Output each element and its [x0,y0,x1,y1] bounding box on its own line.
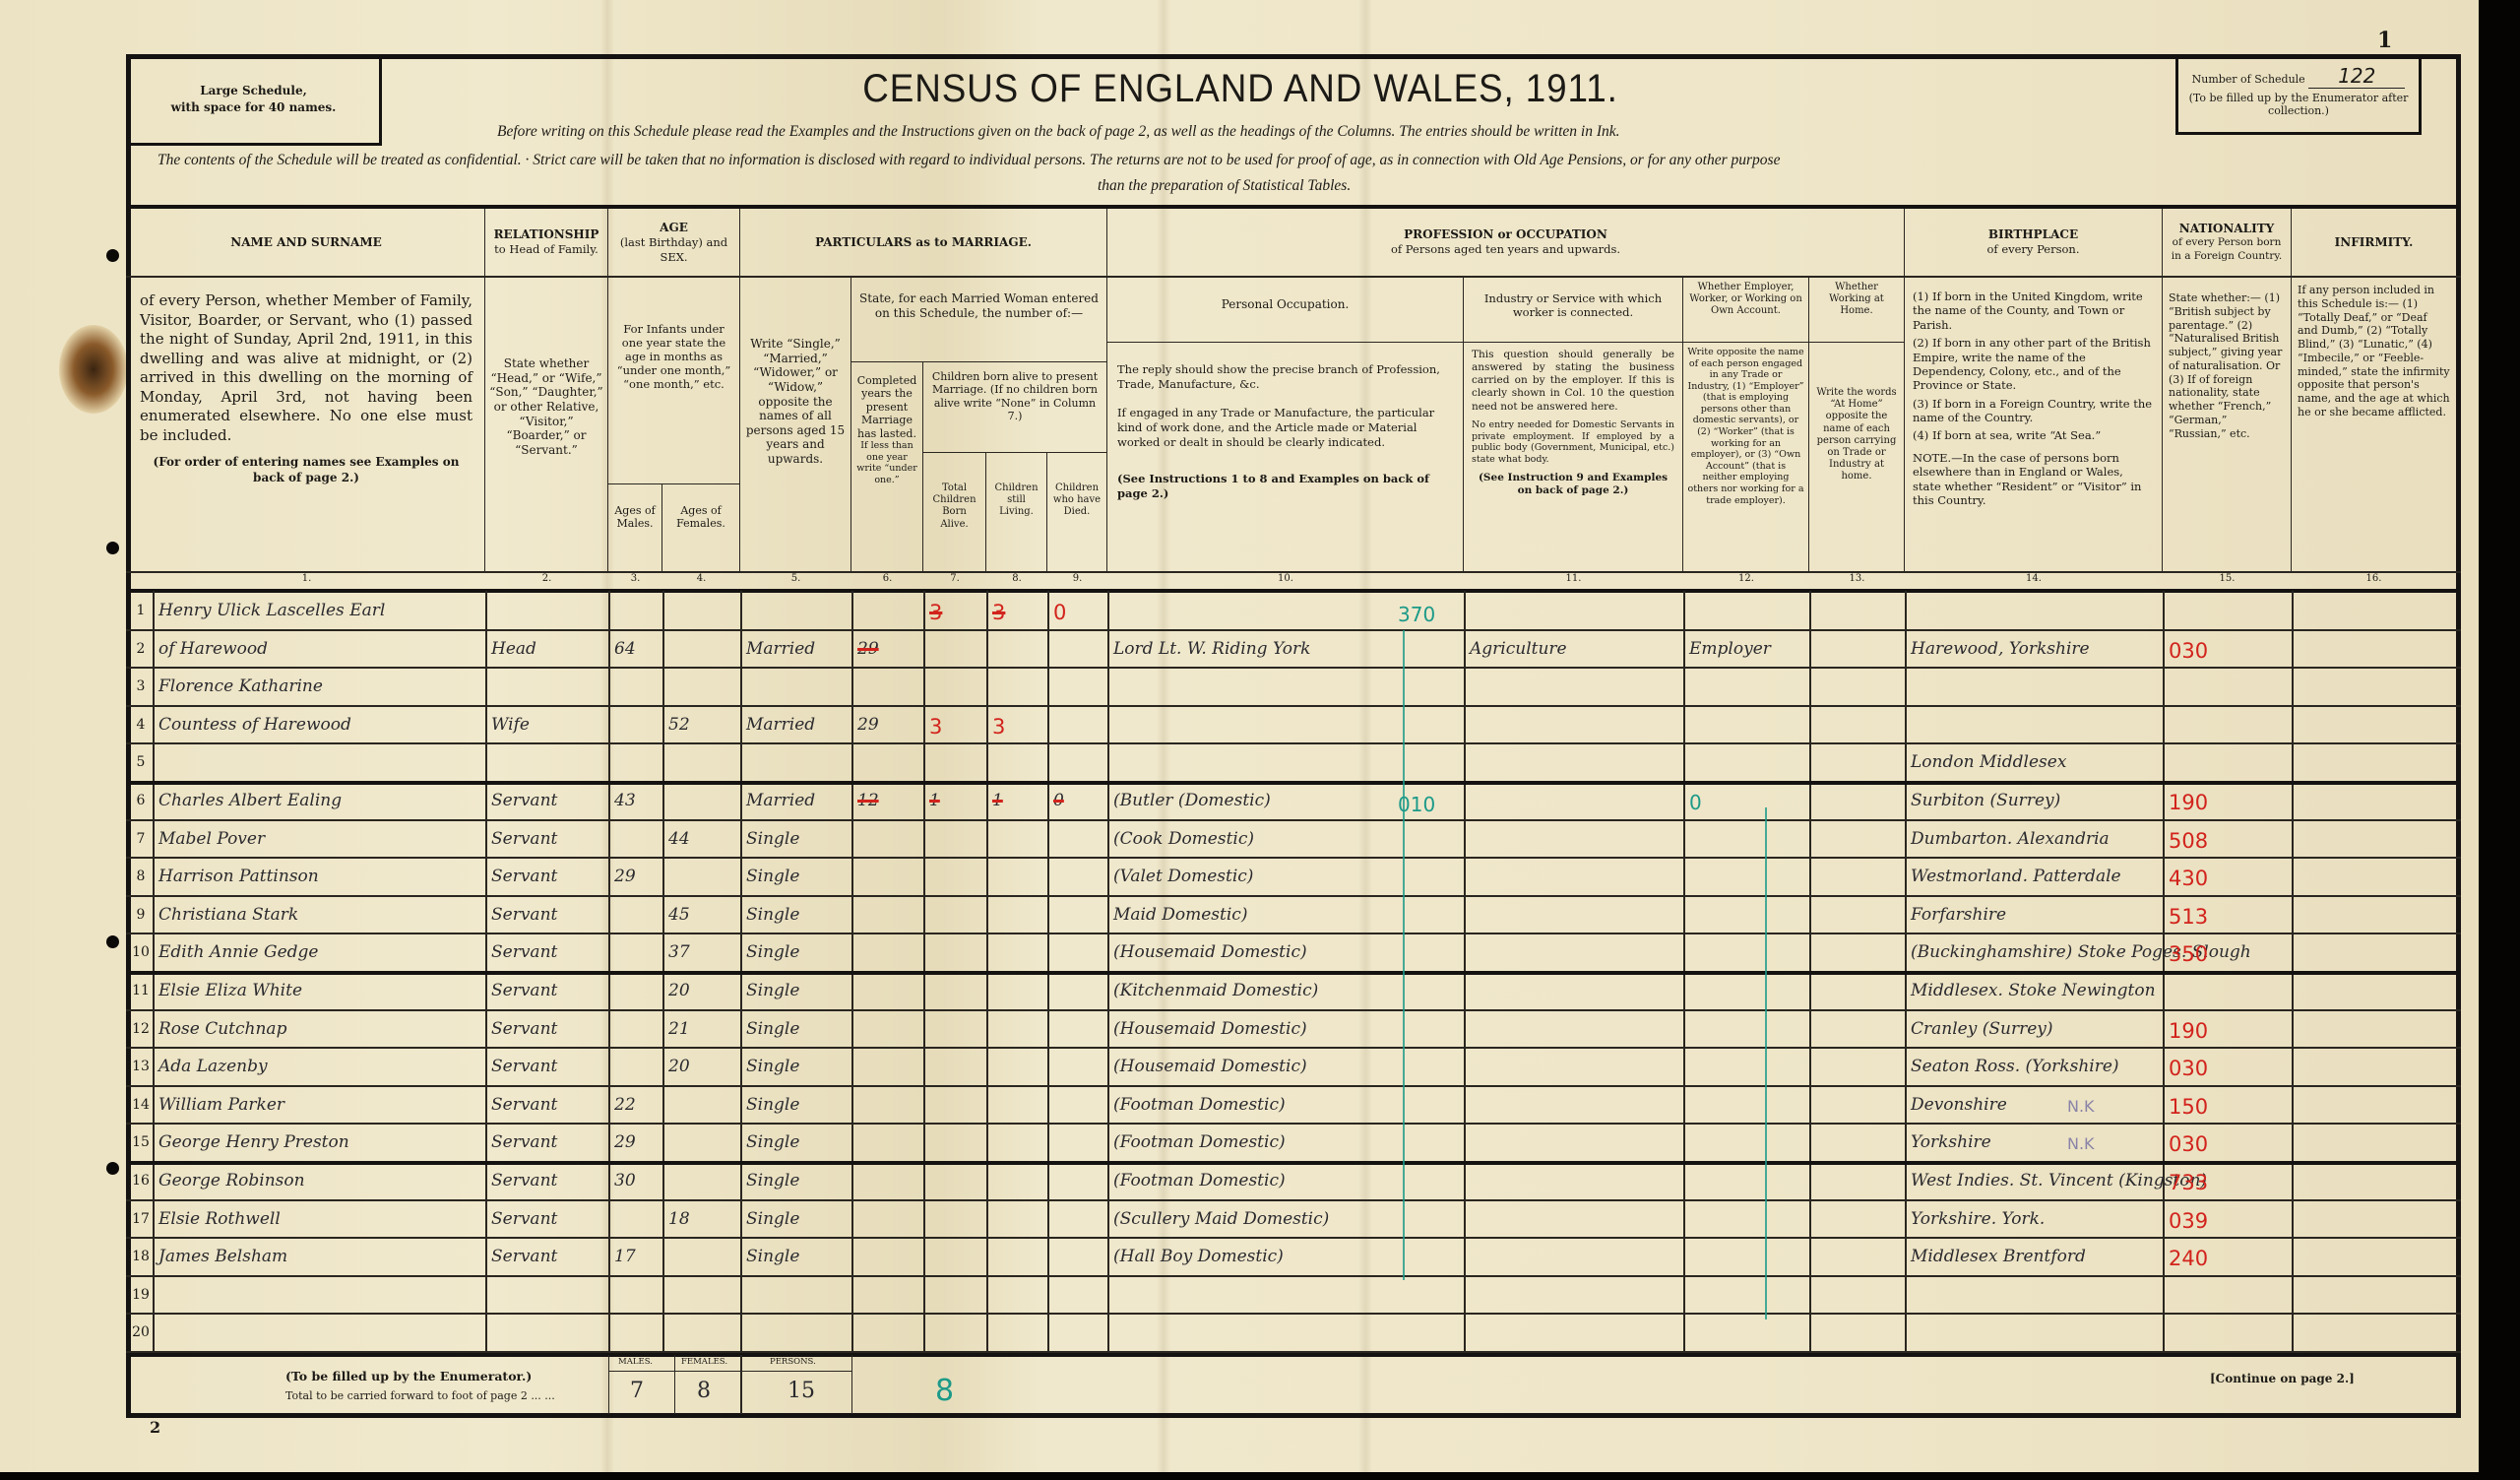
cell-birth: Devonshire [1911,1095,2007,1115]
schedule-number-label: Number of Schedule [2192,73,2305,86]
row-number: 6 [130,793,152,808]
header-marriage-title: PARTICULARS as to MARRIAGE. [815,235,1032,250]
industry-body-2: No entry needed for Domestic Servants in… [1472,419,1674,467]
row-number: 4 [130,717,152,733]
scan-edge [0,1472,2520,1480]
header-age-females: Ages of Females. [662,484,740,571]
header-personal-occupation-body: The reply should show the precise branch… [1107,343,1464,571]
header-name-body: of every Person, whether Member of Famil… [128,278,485,571]
cell-birth: Forfarshire [1911,905,2006,925]
header-birthplace-title: BIRTHPLACE [1988,227,2078,242]
schedule-number-value: 122 [2308,64,2405,89]
cell-yrs: 29 [857,715,879,735]
cell-mar: Single [746,1095,799,1115]
cell-birth: Seaton Ross. (Yorkshire) [1911,1057,2119,1076]
schedule-number-note: (To be filled up by the Enumerator after… [2178,92,2419,117]
cell-name: Countess of Harewood [158,715,351,735]
rule [740,1355,742,1414]
header-occupation: PROFESSION or OCCUPATIONof Persons aged … [1107,209,1905,276]
large-schedule-box: Large Schedule, with space for 40 names. [128,56,382,146]
cell-bcode: 039 [2169,1209,2208,1233]
row-number: 18 [130,1249,152,1264]
row-rule [126,1123,2461,1125]
header-relationship-body: State whether “Head,” or “Wife,” “Son,” … [485,278,608,571]
column-number: 4. [662,571,740,587]
cell-mar: Single [746,1057,799,1076]
cell-m: 17 [614,1247,636,1266]
header-age-sub: (last Birthday) and SEX. [611,235,736,264]
row-number: 2 [130,641,152,657]
header-industry-body: This question should generally be answer… [1464,343,1683,571]
birthplace-note: NOTE.—In the case of persons born elsewh… [1913,451,2154,508]
rule [674,1355,675,1414]
row-number: 1 [130,603,152,618]
cell-occ: (Scullery Maid Domestic) [1113,1209,1329,1229]
rule [126,589,2461,593]
row-rule [126,933,2461,934]
header-age-males: Ages of Males. [608,484,662,571]
census-page: 1 2 Large Schedule, with space for 40 na… [0,0,2479,1480]
cell-occ: (Valet Domestic) [1113,867,1253,886]
rule [126,1353,2461,1357]
cell-bcode: 733 [2169,1171,2208,1194]
females-label: FEMALES. [681,1357,727,1367]
cell-mar: Married [746,791,815,810]
header-employer: Whether Employer, Worker, or Working on … [1683,278,1809,343]
cell-occ: (Footman Domestic) [1113,1095,1286,1115]
cell-occ: Maid Domestic) [1113,905,1247,925]
column-number: 14. [1905,571,2163,587]
cell-m: 29 [614,1132,636,1152]
cell-name: Edith Annie Gedge [158,942,318,962]
column-number: 8. [986,571,1047,587]
cell-bcode: 350 [2169,942,2208,966]
row-rule [126,629,2461,631]
cell-occ: (Housemaid Domestic) [1113,942,1307,962]
cell-occ: (Hall Boy Domestic) [1113,1247,1284,1266]
cell-bcode: 030 [2169,1132,2208,1156]
cell-birth: London Middlesex [1911,752,2066,772]
birthplace-rule-2: (2) If born in any other part of the Bri… [1913,336,2154,393]
header-children-living: Children still Living. [986,453,1047,571]
header-personal-occupation: Personal Occupation. [1107,278,1464,343]
cell-name: Ada Lazenby [158,1057,268,1076]
cell-rel: Wife [491,715,530,735]
occupation-code: 370 [1398,603,1435,626]
header-birthplace-body: (1) If born in the United Kingdom, write… [1905,278,2163,571]
cell-rel: Servant [491,1019,557,1039]
cell-rel: Servant [491,867,557,886]
column-number: 1. [128,571,485,587]
header-relationship-sub: to Head of Family. [494,242,598,256]
column-number: 7. [923,571,986,587]
cell-birth: Westmorland. Patterdale [1911,867,2121,886]
cell-bcode: 430 [2169,867,2208,890]
cell-m: 29 [614,867,636,886]
cell-bcode: 030 [2169,639,2208,663]
cell-birth: Middlesex Brentford [1911,1247,2086,1266]
column-number: 6. [851,571,923,587]
rule [608,1371,851,1372]
punch-hole [106,249,119,262]
cell-mar: Single [746,1247,799,1266]
column-number: 16. [2292,571,2456,587]
schedule-box-line2: with space for 40 names. [128,99,379,116]
header-home: Whether Working at Home. [1809,278,1905,343]
birthplace-note-mark: N.K [2067,1097,2095,1116]
header-name-note: (For order of entering names see Example… [140,455,472,485]
row-number: 8 [130,869,152,884]
rule [608,1355,609,1414]
cell-rel: Servant [491,1209,557,1229]
cell-bcode: 150 [2169,1095,2208,1119]
cell-yrs: 29 [857,639,879,659]
cell-c9: 0 [1053,791,1064,810]
header-occupation-sub: of Persons aged ten years and upwards. [1391,242,1620,256]
cell-occ: Lord Lt. W. Riding York [1113,639,1310,659]
cell-name: Henry Ulick Lascelles Earl [158,601,385,620]
cell-birth: Harewood, Yorkshire [1911,639,2090,659]
header-marriage: PARTICULARS as to MARRIAGE. [740,209,1107,276]
scan-edge [2479,0,2520,1480]
cell-birth: Surbiton (Surrey) [1911,791,2060,810]
cell-occ: (Footman Domestic) [1113,1171,1286,1190]
row-number: 16 [130,1173,152,1189]
column-number: 11. [1464,571,1683,587]
header-occupation-title: PROFESSION or OCCUPATION [1404,227,1607,242]
cell-name: Mabel Pover [158,829,265,849]
row-rule [126,1237,2461,1239]
cell-name: Florence Katharine [158,676,323,696]
header-name: NAME AND SURNAME [128,209,485,276]
cell-mar: Single [746,1209,799,1229]
header-nationality: NATIONALITYof every Person born in a For… [2163,209,2292,276]
header-marriage-completed: Completed years the present Marriage has… [851,362,923,571]
carry-forward-label: Total to be carried forward to foot of p… [285,1389,555,1402]
header-employer-body: Write opposite the name of each person e… [1683,343,1809,571]
row-rule [126,1161,2461,1165]
row-rule [126,1313,2461,1315]
row-rule [126,895,2461,897]
cell-emp: 0 [1689,791,1702,814]
row-rule [126,1275,2461,1277]
row-rule [126,971,2461,975]
cell-bcode: 240 [2169,1247,2208,1270]
cell-c7: 3 [929,601,942,624]
header-children-died: Children who have Died. [1047,453,1107,571]
header-infirmity-title: INFIRMITY. [2335,235,2414,250]
header-marriage-state: State, for each Married Woman entered on… [851,278,1107,362]
cell-f: 37 [668,942,690,962]
row-rule [126,819,2461,821]
cell-birth: (Buckinghamshire) Stoke Poges. Slough [1911,942,2161,962]
row-rule [126,742,2461,744]
cell-c7: 3 [929,715,942,739]
row-number: 19 [130,1287,152,1303]
cell-rel: Servant [491,942,557,962]
teal-check-line [1765,807,1767,1319]
cell-ind: Agriculture [1470,639,1567,659]
column-number: 15. [2163,571,2292,587]
header-home-body: Write the words “At Home” opposite the n… [1809,343,1905,571]
header-age-title: AGE [660,221,688,235]
row-number: 11 [130,983,152,998]
personal-body-2: If engaged in any Trade or Manufacture, … [1117,406,1453,450]
cell-mar: Single [746,1019,799,1039]
header-relationship-title: RELATIONSHIP [494,227,599,242]
header-infirmity-body: If any person included in this Schedule … [2292,278,2456,571]
header-name-title: NAME AND SURNAME [230,235,382,250]
males-total: 7 [630,1379,644,1403]
enumerator-label: (To be filled up by the Enumerator.) [285,1369,532,1383]
cell-m: 30 [614,1171,636,1190]
cell-mar: Single [746,867,799,886]
cell-name: George Robinson [158,1171,305,1190]
cell-f: 20 [668,1057,690,1076]
cell-name: James Belsham [158,1247,287,1266]
header-age-body: For Infants under one year state the age… [608,278,740,484]
header-birthplace-sub: of every Person. [1986,242,2079,256]
birthplace-rule-1: (1) If born in the United Kingdom, write… [1913,290,2154,332]
cell-mar: Single [746,981,799,1000]
cell-occ: (Cook Domestic) [1113,829,1254,849]
column-number: 5. [740,571,851,587]
row-number: 13 [130,1059,152,1074]
column-number: 2. [485,571,608,587]
row-number: 3 [130,678,152,694]
cell-birth: Yorkshire [1911,1132,1991,1152]
row-rule [126,1009,2461,1011]
cell-rel: Servant [491,1057,557,1076]
row-number: 12 [130,1021,152,1037]
punch-hole [106,1162,119,1175]
page-title: CENSUS OF ENGLAND AND WALES, 1911. [552,67,1928,111]
punch-hole [106,935,119,948]
personal-note: (See Instructions 1 to 8 and Examples on… [1117,472,1453,501]
row-number: 17 [130,1211,152,1227]
cell-birth: West Indies. St. Vincent (Kingston) [1911,1171,2161,1190]
page-number-bottom: 2 [150,1418,160,1437]
cell-f: 45 [668,905,690,925]
cell-mar: Single [746,829,799,849]
row-rule [126,705,2461,707]
cell-occ: (Kitchenmaid Domestic) [1113,981,1318,1000]
cell-f: 18 [668,1209,690,1229]
cell-c7: 1 [929,791,940,810]
row-number: 15 [130,1134,152,1150]
header-marriage-children: Children born alive to present Marriage.… [923,362,1107,453]
cell-bcode: 508 [2169,829,2208,853]
cell-birth: Yorkshire. York. [1911,1209,2045,1229]
header-age: AGE(last Birthday) and SEX. [608,209,740,276]
females-total: 8 [697,1379,711,1403]
cell-name: Rose Cutchnap [158,1019,286,1039]
column-number: 13. [1809,571,1905,587]
continue-label: [Continue on page 2.] [2210,1372,2355,1385]
cell-rel: Servant [491,981,557,1000]
cell-occ: (Butler (Domestic) [1113,791,1271,810]
cell-f: 20 [668,981,690,1000]
cell-bcode: 190 [2169,1019,2208,1043]
cell-c9: 0 [1053,601,1066,624]
row-number: 20 [130,1324,152,1340]
cell-name: Elsie Rothwell [158,1209,281,1229]
cell-occ: (Housemaid Domestic) [1113,1019,1307,1039]
column-number: 12. [1683,571,1809,587]
cell-c8: 1 [992,791,1003,810]
cell-rel: Servant [491,1132,557,1152]
personal-body-1: The reply should show the precise branch… [1117,362,1453,392]
cell-m: 22 [614,1095,636,1115]
cell-m: 64 [614,639,636,659]
header-name-instructions: of every Person, whether Member of Famil… [140,291,472,445]
industry-note: (See Instruction 9 and Examples on back … [1472,472,1674,497]
cell-mar: Single [746,905,799,925]
cell-f: 52 [668,715,690,735]
cell-name: George Henry Preston [158,1132,349,1152]
header-birthplace: BIRTHPLACEof every Person. [1905,209,2163,276]
cell-name: Harrison Pattinson [158,867,319,886]
birthplace-rule-4: (4) If born at sea, write “At Sea.” [1913,428,2154,442]
row-rule [126,857,2461,859]
row-number: 9 [130,907,152,923]
cell-rel: Servant [491,829,557,849]
cell-rel: Servant [491,905,557,925]
instruction-line-3: than the preparation of Statistical Tabl… [1098,177,1351,195]
row-rule [126,1085,2461,1087]
completed-text: Completed years the present Marriage has… [855,374,918,440]
row-number: 14 [130,1097,152,1113]
schedule-number-box: Number of Schedule 122 (To be filled up … [2175,54,2422,135]
row-rule [126,1199,2461,1201]
cell-bcode: 513 [2169,905,2208,929]
cell-birth: Dumbarton. Alexandria [1911,829,2110,849]
industry-body: This question should generally be answer… [1472,349,1674,414]
cell-f: 21 [668,1019,690,1039]
cell-occ: (Footman Domestic) [1113,1132,1286,1152]
cell-name: Christiana Stark [158,905,298,925]
punch-hole [106,542,119,554]
instruction-line-1: Before writing on this Schedule please r… [497,123,1620,141]
cell-name: William Parker [158,1095,284,1115]
teal-tally-mark: 8 [935,1374,954,1408]
header-total-children: Total Children Born Alive. [923,453,986,571]
column-number: 10. [1107,571,1464,587]
cell-bcode: 030 [2169,1057,2208,1080]
column-number: 3. [608,571,662,587]
cell-c8: 3 [992,601,1005,624]
cell-mar: Single [746,1171,799,1190]
persons-total: 15 [787,1379,815,1403]
row-number: 10 [130,944,152,960]
males-label: MALES. [618,1357,653,1367]
cell-occ: (Housemaid Domestic) [1113,1057,1307,1076]
column-number: 9. [1047,571,1107,587]
header-marriage-write: Write “Single,” “Married,” “Widower,” or… [740,278,851,571]
cell-mar: Single [746,942,799,962]
cell-f: 44 [668,829,690,849]
cell-bcode: 190 [2169,791,2208,814]
instruction-line-2: The contents of the Schedule will be tre… [157,152,1780,169]
row-rule [126,667,2461,669]
cell-mar: Married [746,639,815,659]
header-infirmity: INFIRMITY. [2292,209,2456,276]
burn-mark [59,325,128,414]
header-industry: Industry or Service with which worker is… [1464,278,1683,343]
teal-check-line [1403,630,1405,1280]
cell-name: of Harewood [158,639,268,659]
completed-note: If less than one year write “under one.” [855,440,918,485]
cell-mar: Married [746,715,815,735]
cell-rel: Servant [491,1095,557,1115]
cell-c8: 3 [992,715,1005,739]
birthplace-note-mark: N.K [2067,1134,2095,1153]
header-nationality-sub: of every Person born in a Foreign Countr… [2166,236,2288,262]
cell-birth: Cranley (Surrey) [1911,1019,2053,1039]
cell-rel: Servant [491,1171,557,1190]
cell-rel: Head [491,639,536,659]
header-nationality-body: State whether:— (1) “British subject by … [2163,278,2292,571]
rule [851,1355,852,1414]
cell-name: Charles Albert Ealing [158,791,342,810]
cell-rel: Servant [491,791,557,810]
header-relationship: RELATIONSHIPto Head of Family. [485,209,608,276]
cell-rel: Servant [491,1247,557,1266]
header-nationality-title: NATIONALITY [2179,222,2274,236]
cell-emp: Employer [1689,639,1771,659]
birthplace-rule-3: (3) If born in a Foreign Country, write … [1913,397,2154,425]
cell-m: 43 [614,791,636,810]
cell-birth: Middlesex. Stoke Newington [1911,981,2156,1000]
row-number: 5 [130,754,152,770]
cell-yrs: 12 [857,791,879,810]
row-number: 7 [130,831,152,847]
persons-label: PERSONS. [770,1357,816,1367]
schedule-box-line1: Large Schedule, [128,83,379,99]
row-rule [126,781,2461,785]
cell-name: Elsie Eliza White [158,981,302,1000]
page-number-top: 1 [2377,28,2392,53]
row-rule [126,1047,2461,1049]
cell-mar: Single [746,1132,799,1152]
